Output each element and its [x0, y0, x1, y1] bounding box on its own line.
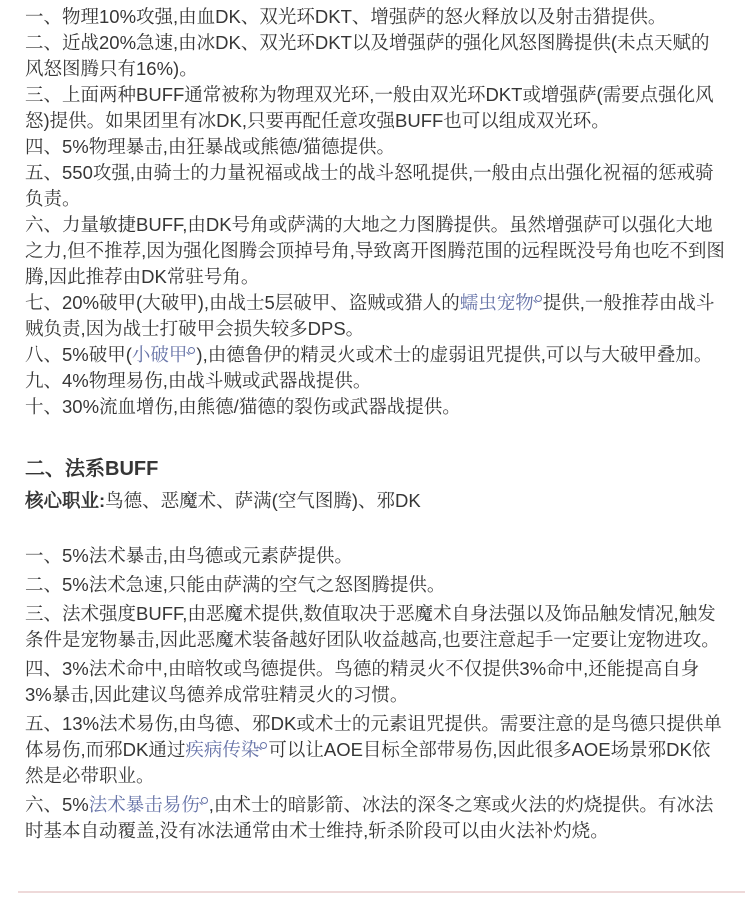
buff-item-paragraph: 三、上面两种BUFF通常被称为物理双光环,一般由双光环DKT或增强萨(需要点强化… [25, 82, 725, 134]
magic-buff-list: 一、5%法术暴击,由鸟德或元素萨提供。二、5%法术急速,只能由萨满的空气之怒图腾… [25, 543, 725, 844]
buff-item-paragraph: 九、4%物理易伤,由战斗贼或武器战提供。 [25, 368, 725, 394]
keyword-link[interactable]: 蠕虫宠物 [460, 292, 543, 313]
search-icon [201, 797, 208, 804]
buff-item-paragraph: 二、近战20%急速,由冰DK、双光环DKT以及增强萨的强化风怒图腾提供(未点天赋… [25, 30, 725, 82]
search-icon [535, 295, 542, 302]
keyword-link[interactable]: 小破甲 [132, 344, 197, 365]
text-run: 四、3%法术命中,由暗牧或鸟德提供。鸟德的精灵火不仅提供3%命中,还能提高自身3… [25, 658, 699, 705]
buff-item-paragraph: 八、5%破甲(小破甲),由德鲁伊的精灵火或术士的虚弱诅咒提供,可以与大破甲叠加。 [25, 342, 725, 368]
physical-buff-section: 一、物理10%攻强,由血DK、双光环DKT、增强萨的怒火释放以及射击猎提供。二、… [25, 4, 725, 420]
text-run: 三、上面两种BUFF通常被称为物理双光环,一般由双光环DKT或增强萨(需要点强化… [25, 84, 714, 131]
buff-item-paragraph: 七、20%破甲(大破甲),由战士5层破甲、盗贼或猎人的蠕虫宠物提供,一般推荐由战… [25, 290, 725, 342]
magic-buff-section: 二、法系BUFF 核心职业:鸟德、恶魔术、萨满(空气图腾)、邪DK 一、5%法术… [25, 456, 725, 844]
core-classes-line: 核心职业:鸟德、恶魔术、萨满(空气图腾)、邪DK [25, 488, 725, 514]
text-run: 一、物理10%攻强,由血DK、双光环DKT、增强萨的怒火释放以及射击猎提供。 [25, 6, 666, 27]
text-run: 九、4%物理易伤,由战斗贼或武器战提供。 [25, 370, 371, 391]
bottom-divider [18, 891, 745, 893]
text-run: 四、5%物理暴击,由狂暴战或熊德/猫德提供。 [25, 136, 395, 157]
article-content: 一、物理10%攻强,由血DK、双光环DKT、增强萨的怒火释放以及射击猎提供。二、… [0, 0, 745, 844]
core-classes-text: 鸟德、恶魔术、萨满(空气图腾)、邪DK [105, 490, 421, 511]
text-run: 二、5%法术急速,只能由萨满的空气之怒图腾提供。 [25, 574, 445, 595]
keyword-link[interactable]: 疾病传染 [185, 739, 268, 760]
text-run: 三、法术强度BUFF,由恶魔术提供,数值取决于恶魔术自身法强以及饰品触发情况,触… [25, 603, 720, 650]
text-run: 七、20%破甲(大破甲),由战士5层破甲、盗贼或猎人的 [25, 292, 460, 313]
buff-item-paragraph: 五、13%法术易伤,由鸟德、邪DK或术士的元素诅咒提供。需要注意的是鸟德只提供单… [25, 711, 725, 789]
magic-buff-heading: 二、法系BUFF [25, 456, 725, 482]
buff-item-paragraph: 六、力量敏捷BUFF,由DK号角或萨满的大地之力图腾提供。虽然增强萨可以强化大地… [25, 212, 725, 290]
buff-item-paragraph: 四、5%物理暴击,由狂暴战或熊德/猫德提供。 [25, 134, 725, 160]
buff-item-paragraph: 十、30%流血增伤,由熊德/猫德的裂伤或武器战提供。 [25, 394, 725, 420]
core-classes-label: 核心职业: [25, 490, 105, 511]
text-run: 十、30%流血增伤,由熊德/猫德的裂伤或武器战提供。 [25, 396, 461, 417]
text-run: 六、力量敏捷BUFF,由DK号角或萨满的大地之力图腾提供。虽然增强萨可以强化大地… [25, 214, 725, 287]
text-run: 一、5%法术暴击,由鸟德或元素萨提供。 [25, 545, 353, 566]
physical-buff-list: 一、物理10%攻强,由血DK、双光环DKT、增强萨的怒火释放以及射击猎提供。二、… [25, 4, 725, 420]
search-icon [188, 347, 195, 354]
text-run: ),由德鲁伊的精灵火或术士的虚弱诅咒提供,可以与大破甲叠加。 [196, 344, 712, 365]
buff-item-paragraph: 一、物理10%攻强,由血DK、双光环DKT、增强萨的怒火释放以及射击猎提供。 [25, 4, 725, 30]
text-run: 八、5%破甲( [25, 344, 132, 365]
buff-item-paragraph: 四、3%法术命中,由暗牧或鸟德提供。鸟德的精灵火不仅提供3%命中,还能提高自身3… [25, 656, 725, 708]
keyword-link[interactable]: 法术暴击易伤 [89, 794, 209, 815]
buff-item-paragraph: 一、5%法术暴击,由鸟德或元素萨提供。 [25, 543, 725, 569]
buff-item-paragraph: 六、5%法术暴击易伤,由术士的暗影箭、冰法的深冬之寒或火法的灼烧提供。有冰法时基… [25, 792, 725, 844]
text-run: 二、近战20%急速,由冰DK、双光环DKT以及增强萨的强化风怒图腾提供(未点天赋… [25, 32, 710, 79]
buff-item-paragraph: 二、5%法术急速,只能由萨满的空气之怒图腾提供。 [25, 572, 725, 598]
search-icon [260, 742, 267, 749]
text-run: 六、5% [25, 794, 89, 815]
article-page: 一、物理10%攻强,由血DK、双光环DKT、增强萨的怒火释放以及射击猎提供。二、… [0, 0, 745, 899]
buff-item-paragraph: 五、550攻强,由骑士的力量祝福或战士的战斗怒吼提供,一般由点出强化祝福的惩戒骑… [25, 160, 725, 212]
buff-item-paragraph: 三、法术强度BUFF,由恶魔术提供,数值取决于恶魔术自身法强以及饰品触发情况,触… [25, 601, 725, 653]
text-run: 五、550攻强,由骑士的力量祝福或战士的战斗怒吼提供,一般由点出强化祝福的惩戒骑… [25, 162, 714, 209]
